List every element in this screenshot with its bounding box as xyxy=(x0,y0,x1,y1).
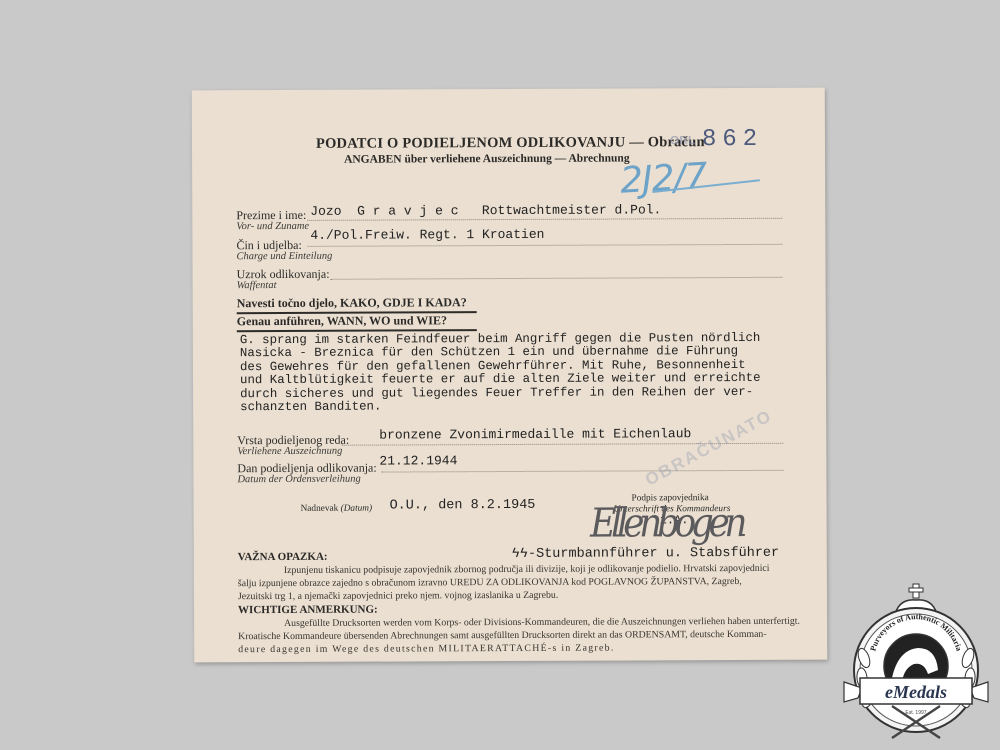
note-heading-hr: VAŽNA OPAZKA: xyxy=(238,551,328,563)
name-value: Jozo G r a v j e c Rottwachtmeister d.Po… xyxy=(310,202,661,219)
handwritten-signature: Ellenbogen xyxy=(590,500,742,547)
award-date-value: 21.12.1944 xyxy=(379,453,457,468)
unit-value: 4./Pol.Freiw. Regt. 1 Kroatien xyxy=(310,227,544,243)
award-label-de: Verliehene Auszeichnung xyxy=(237,446,342,457)
document-title-german: ANGABEN über verliehene Auszeichnung — A… xyxy=(344,152,630,165)
note-line-hr: Izpunjenu tiskanicu podpisuje zapovjedni… xyxy=(284,563,770,576)
date-value: O.U., den 8.2.1945 xyxy=(390,498,536,514)
svg-text:eMedals: eMedals xyxy=(885,682,947,702)
narrative-line: durch sicheres und gut liegendes Feuer T… xyxy=(240,386,761,402)
note-line-de: Kroatische Kommandeure übersenden Abrech… xyxy=(238,629,766,642)
unit-dotted-line xyxy=(307,244,782,247)
award-document: PODATCI O PODIELJENOM ODLIKOVANJU — Obra… xyxy=(192,88,827,663)
award-value: bronzene Zvonimirmedaille mit Eichenlaub xyxy=(379,426,691,442)
narrative-line: schanzten Banditen. xyxy=(240,399,761,415)
emedals-watermark-logo: Purveyors of Authentic Militaria eMedals… xyxy=(838,578,994,746)
instruction-croatian: Navesti točno djelo, KAKO, GDJE I KADA? xyxy=(237,295,467,311)
document-title-croatian: PODATCI O PODIELJENOM ODLIKOVANJU — Obra… xyxy=(316,134,705,153)
obracunato-stamp: OBRAČUNATO xyxy=(642,406,776,490)
pencil-annotation: 2J2/7 xyxy=(619,156,708,202)
reason-label-de: Waffentat xyxy=(237,280,277,291)
svg-text:Est. 1997: Est. 1997 xyxy=(905,710,926,716)
note-heading-de: WICHTIGE ANMERKUNG: xyxy=(238,604,378,617)
award-date-label-de: Datum der Ordensverleihung xyxy=(237,474,360,486)
narrative-text: G. sprang im starken Feindfeuer beim Ang… xyxy=(240,332,761,415)
name-label-de: Vor- und Zuname xyxy=(236,221,309,232)
signer-rank: ϟϟ-Sturmbannführer u. Stabsführer xyxy=(512,546,779,562)
serial-prefix: ORL xyxy=(670,133,695,147)
note-line-de: Ausgefüllte Drucksorten werden vom Korps… xyxy=(284,616,800,629)
note-line-hr: šalju izpunjene obrazce zajedno s obraču… xyxy=(238,576,742,589)
unit-label-de: Charge und Einteilung xyxy=(236,251,332,262)
date-label-hr: Nadnevak xyxy=(301,504,339,514)
instruction-german: Genau anführen, WANN, WO und WIE? xyxy=(237,313,447,329)
date-label-de: (Datum) xyxy=(341,504,373,514)
date-label: Nadnevak (Datum) xyxy=(301,504,373,514)
reason-dotted-line xyxy=(331,277,783,280)
note-line-hr: Jezuitski trg 1, a njemački zapovjednici… xyxy=(238,590,558,602)
emedals-crest-icon: Purveyors of Authentic Militaria eMedals… xyxy=(838,578,994,746)
serial-number: 862 xyxy=(702,126,763,153)
note-line-de: deure dagegen im Wege des deutschen MILI… xyxy=(238,643,614,656)
award-date-dotted-line xyxy=(381,470,783,473)
